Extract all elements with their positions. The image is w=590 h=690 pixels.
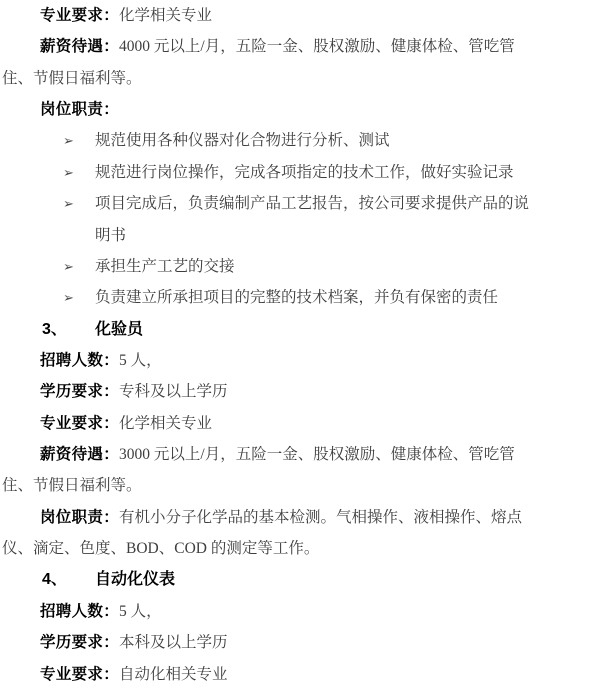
bullet-item: ➢承担生产工艺的交接 xyxy=(0,251,590,282)
arrow-bullet-icon: ➢ xyxy=(63,126,95,156)
arrow-bullet-icon: ➢ xyxy=(63,283,95,313)
section-number: 4、 xyxy=(42,564,95,595)
field-line: 学历要求：专科及以上学历 xyxy=(0,376,590,407)
field-value: 5 人， xyxy=(119,352,162,369)
field-value: 住、节假日福利等。 xyxy=(2,477,142,494)
bullet-item-text: 项目完成后，负责编制产品工艺报告，按公司要求提供产品的说 xyxy=(95,195,529,212)
field-line: 专业要求：化学相关专业 xyxy=(0,0,590,31)
field-value: 专科及以上学历 xyxy=(119,383,228,400)
field-value: 3000 元以上/月，五险一金、股权激励、健康体检、管吃管 xyxy=(119,446,515,463)
field-value: 自动化相关专业 xyxy=(119,666,228,683)
field-label: 岗位职责： xyxy=(40,101,119,118)
field-label: 专业要求： xyxy=(40,415,119,432)
field-line: 招聘人数：5 人， xyxy=(0,345,590,376)
document-body: 专业要求：化学相关专业薪资待遇：4000 元以上/月，五险一金、股权激励、健康体… xyxy=(0,0,590,690)
field-line-continuation: 仪、滴定、色度、BOD、COD 的测定等工作。 xyxy=(0,533,590,564)
field-label: 学历要求： xyxy=(40,383,119,400)
field-value: 有机小分子化学品的基本检测。气相操作、液相操作、熔点 xyxy=(119,509,522,526)
field-line: 薪资待遇：4000 元以上/月，五险一金、股权激励、健康体检、管吃管 xyxy=(0,31,590,62)
field-line: 薪资待遇：3000 元以上/月，五险一金、股权激励、健康体检、管吃管 xyxy=(0,439,590,470)
bullet-item: ➢规范进行岗位操作，完成各项指定的技术工作，做好实验记录 xyxy=(0,157,590,188)
bullet-item-text: 规范使用各种仪器对化合物进行分析、测试 xyxy=(95,132,390,149)
bullet-item: ➢负责建立所承担项目的完整的技术档案，并负有保密的责任 xyxy=(0,282,590,313)
arrow-bullet-icon: ➢ xyxy=(63,158,95,188)
field-line: 专业要求：化学相关专业 xyxy=(0,408,590,439)
field-value: 本科及以上学历 xyxy=(119,634,228,651)
bullet-item: ➢规范使用各种仪器对化合物进行分析、测试 xyxy=(0,125,590,156)
field-label: 招聘人数： xyxy=(40,352,119,369)
section-title: 化验员 xyxy=(95,321,143,338)
bullet-item-continuation: 明书 xyxy=(0,220,590,251)
field-line: 岗位职责：有机小分子化学品的基本检测。气相操作、液相操作、熔点 xyxy=(0,502,590,533)
field-label: 专业要求： xyxy=(40,7,119,24)
section-heading: 4、自动化仪表 xyxy=(0,564,590,595)
section-number: 3、 xyxy=(42,314,95,345)
bullet-item-text: 明书 xyxy=(95,227,126,244)
field-label: 学历要求： xyxy=(40,634,119,651)
field-label: 专业要求： xyxy=(40,666,119,683)
bullet-item-text: 负责建立所承担项目的完整的技术档案，并负有保密的责任 xyxy=(95,289,498,306)
arrow-bullet-icon: ➢ xyxy=(63,252,95,282)
field-line-continuation: 住、节假日福利等。 xyxy=(0,470,590,501)
bullet-item-text: 规范进行岗位操作，完成各项指定的技术工作，做好实验记录 xyxy=(95,164,514,181)
field-line: 岗位职责： xyxy=(0,94,590,125)
field-line: 专业要求：自动化相关专业 xyxy=(0,659,590,690)
field-value: 仪、滴定、色度、BOD、COD 的测定等工作。 xyxy=(2,540,319,557)
field-value: 化学相关专业 xyxy=(119,415,212,432)
field-value: 5 人， xyxy=(119,603,162,620)
field-value: 化学相关专业 xyxy=(119,7,212,24)
field-line: 招聘人数：5 人， xyxy=(0,596,590,627)
arrow-bullet-icon: ➢ xyxy=(63,189,95,219)
field-label: 岗位职责： xyxy=(40,509,119,526)
field-label: 招聘人数： xyxy=(40,603,119,620)
section-title: 自动化仪表 xyxy=(95,571,175,588)
bullet-item: ➢项目完成后，负责编制产品工艺报告，按公司要求提供产品的说 xyxy=(0,188,590,219)
field-value: 住、节假日福利等。 xyxy=(2,70,142,87)
bullet-item-text: 承担生产工艺的交接 xyxy=(95,258,235,275)
document-page: 专业要求：化学相关专业薪资待遇：4000 元以上/月，五险一金、股权激励、健康体… xyxy=(0,0,590,690)
field-line-continuation: 住、节假日福利等。 xyxy=(0,63,590,94)
field-label: 薪资待遇： xyxy=(40,38,119,55)
field-value: 4000 元以上/月，五险一金、股权激励、健康体检、管吃管 xyxy=(119,38,515,55)
field-line: 学历要求：本科及以上学历 xyxy=(0,627,590,658)
field-label: 薪资待遇： xyxy=(40,446,119,463)
section-heading: 3、化验员 xyxy=(0,314,590,345)
